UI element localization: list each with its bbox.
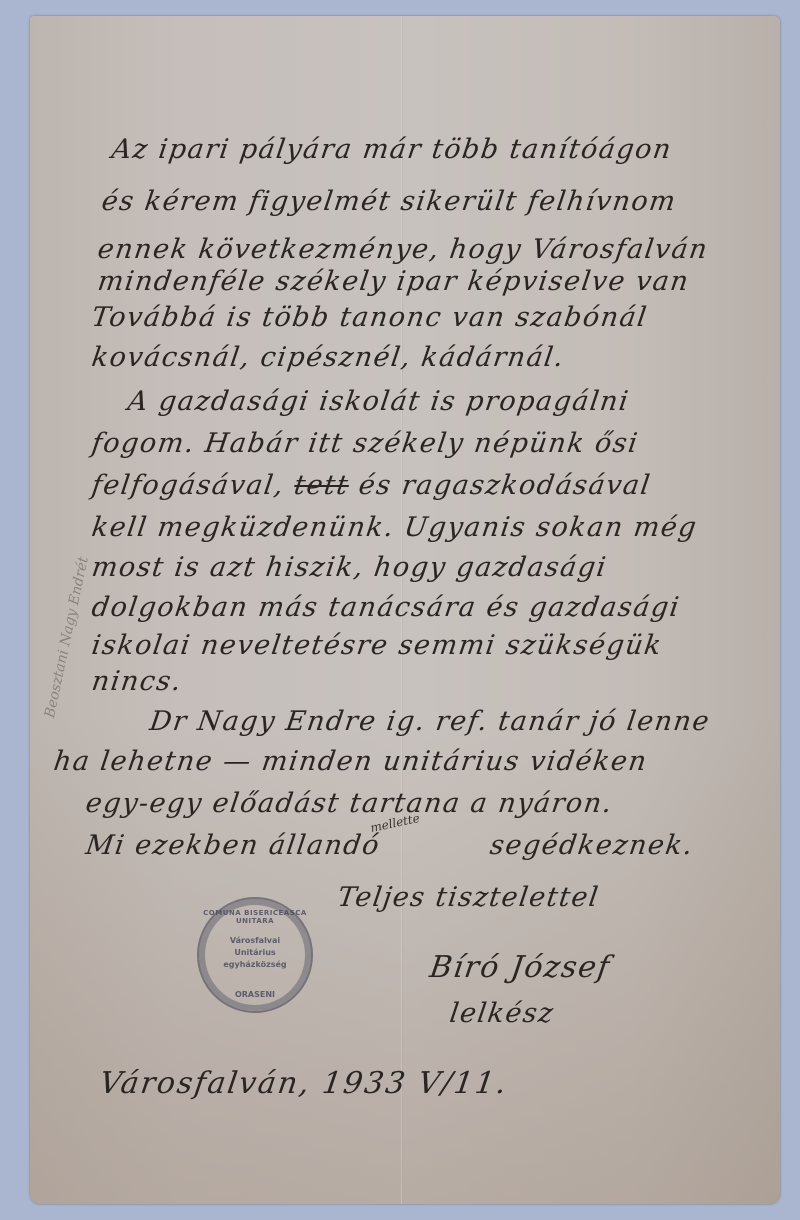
letter-line: Mi ezekben állandó segédkeznek. [84,830,696,861]
letter-line: Továbbá is több tanonc van szabónál [90,302,650,333]
closing-salutation: Teljes tisztelettel [336,882,601,913]
letter-text: segédkeznek. [488,830,696,861]
letter-line: nincs. [90,666,184,697]
stamp-ring-top: COMUNA BISERICEASCA UNITARA [199,909,311,925]
stamp-line: Unitárius [213,947,297,959]
letter-line: most is azt hiszik, hogy gazdasági [90,552,609,583]
letter-line: egy-egy előadást tartana a nyáron. [84,788,615,819]
signature-title: lelkész [448,998,557,1029]
pencil-margin-note: Beosztani Nagy Endrét [42,555,92,719]
stamp-ring-bottom: ORASENI [199,990,311,999]
struck-word: tett [292,470,351,501]
letter-line: fogom. Habár itt székely népünk ősi [90,428,641,459]
letter-text: és ragaszkodásával [357,470,653,501]
letter-text: Mi ezekben állandó [84,830,382,861]
letter-line: ennek következménye, hogy Városfalván [96,234,711,265]
letter-paper: Az ipari pályára már több tanítóágon és … [30,16,780,1204]
letter-line: felfogásával, tett és ragaszkodásával [90,470,653,501]
letter-line: ha lehetne — minden unitárius vidéken [52,746,650,777]
letter-line: Dr Nagy Endre ig. ref. tanár jó lenne [148,706,712,737]
letter-line: és kérem figyelmét sikerült felhívnom [100,186,679,217]
letter-line: iskolai neveltetésre semmi szükségük [90,630,665,661]
letter-line: A gazdasági iskolát is propagálni [126,386,632,417]
place-and-date: Városfalván, 1933 V/11. [98,1066,511,1101]
stamp-line: egyházközség [213,959,297,971]
letter-line: dolgokban más tanácsára és gazdasági [90,592,682,623]
stamp-line: Városfalvai [213,935,297,947]
letter-line: kovácsnál, cipésznél, kádárnál. [90,342,567,373]
signature: Bíró József [428,950,613,985]
letter-line: kell megküzdenünk. Ugyanis sokan még [90,512,700,543]
stamp-inner: Városfalvai Unitárius egyházközség [213,935,297,971]
letter-line: mindenféle székely ipar képviselve van [96,266,692,297]
letter-line: Az ipari pályára már több tanítóágon [110,134,674,165]
letter-text: felfogásával, [90,470,287,501]
official-stamp: COMUNA BISERICEASCA UNITARA Városfalvai … [197,897,313,1013]
